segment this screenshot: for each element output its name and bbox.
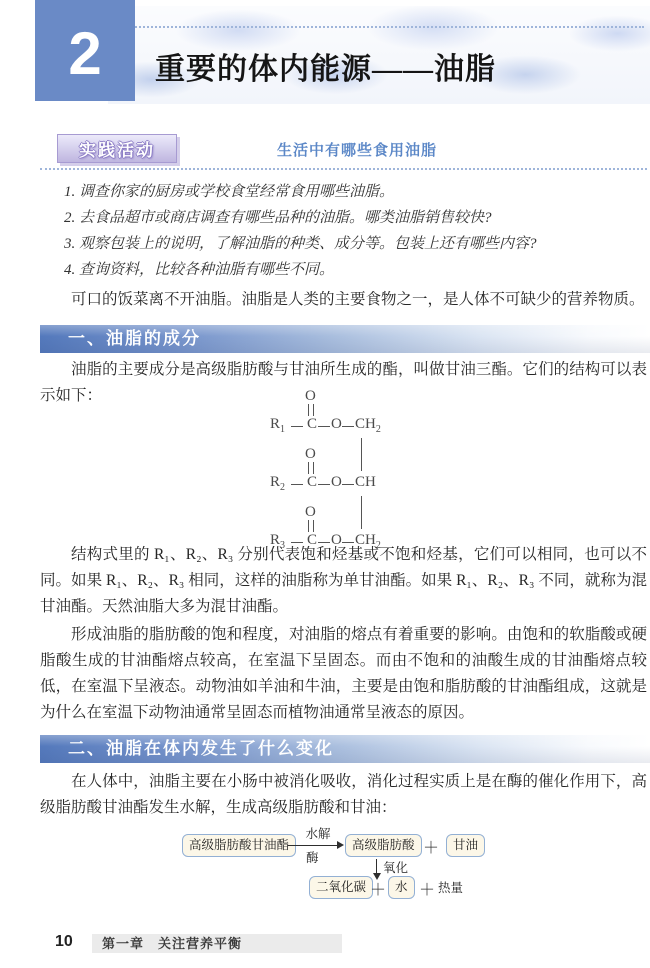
atom-oxygen-top: O bbox=[305, 504, 316, 521]
atom-oxygen: O bbox=[331, 416, 342, 433]
plus-sign: ＋ bbox=[423, 835, 439, 858]
section-2-heading-bar: 二、油脂在体内发生了什么变化 bbox=[40, 735, 650, 763]
single-bond bbox=[318, 484, 330, 485]
activity-item: 1. 调查你家的厨房或学校食堂经常食用哪些油脂。 bbox=[64, 179, 642, 205]
single-bond bbox=[318, 426, 330, 427]
carbon-dioxide-box: 二氧化碳 bbox=[309, 876, 373, 899]
activity-item: 2. 去食品超市或商店调查有哪些品种的油脂。哪类油脂销售较快? bbox=[64, 205, 642, 231]
header-dotted-line bbox=[112, 26, 644, 28]
atom-r-group: R2 bbox=[270, 474, 285, 493]
chapter-footer-label: 第一章 关注营养平衡 bbox=[92, 934, 342, 953]
page-title: 重要的体内能源——油脂 bbox=[155, 44, 496, 88]
single-bond bbox=[342, 426, 354, 427]
single-bond bbox=[291, 426, 303, 427]
page-number: 10 bbox=[55, 933, 73, 951]
activity-subtitle: 生活中有哪些食用油脂 bbox=[277, 139, 437, 160]
hydrolysis-arrowhead-icon bbox=[337, 841, 344, 849]
section-1-heading-bar: 一、油脂的成分 bbox=[40, 325, 650, 353]
vertical-bond bbox=[361, 438, 362, 471]
section-1-heading: 一、油脂的成分 bbox=[68, 329, 201, 348]
enzyme-label: 酶 bbox=[306, 848, 319, 866]
atom-ch-group: CH2 bbox=[355, 416, 381, 435]
section-1-paragraph-2: 结构式里的 R₁、R₂、R₃ 分别代表饱和烃基或不饱和烃基，它们可以相同，也可以… bbox=[40, 542, 647, 620]
fatty-acid-box: 高级脂肪酸 bbox=[345, 834, 422, 857]
activity-item: 4. 查询资料，比较各种油脂有哪些不同。 bbox=[64, 257, 642, 283]
atom-oxygen: O bbox=[331, 474, 342, 491]
section-2-heading: 二、油脂在体内发生了什么变化 bbox=[68, 739, 334, 758]
activity-item: 3. 观察包装上的说明，了解油脂的种类、成分等。包装上还有哪些内容? bbox=[64, 231, 642, 257]
ester-unit-1: O R1 C O CH2 bbox=[270, 390, 470, 440]
atom-oxygen-top: O bbox=[305, 388, 316, 405]
chapter-number: 2 bbox=[68, 19, 101, 88]
fat-digestion-diagram: 高级脂肪酸甘油酯 水解 酶 高级脂肪酸 ＋ 甘油 氧化 二氧化碳 ＋ 水 ＋ 热… bbox=[182, 826, 492, 908]
single-bond bbox=[342, 484, 354, 485]
heat-label: 热量 bbox=[438, 878, 463, 896]
atom-r-group: R1 bbox=[270, 416, 285, 435]
double-bond bbox=[308, 462, 314, 474]
double-bond bbox=[308, 404, 314, 416]
double-bond bbox=[308, 520, 314, 532]
vertical-bond bbox=[361, 496, 362, 529]
ester-unit-2: O R2 C O CH bbox=[270, 448, 470, 498]
section-1-paragraph-3: 形成油脂的脂肪酸的饱和程度，对油脂的熔点有着重要的影响。由饱和的软脂酸或硬脂酸生… bbox=[40, 622, 647, 726]
single-bond bbox=[291, 484, 303, 485]
section-2-paragraph-1: 在人体中，油脂主要在小肠中被消化吸收，消化过程实质上是在酶的催化作用下，高级脂肪… bbox=[40, 769, 647, 821]
activity-badge-label: 实践活动 bbox=[79, 136, 155, 161]
atom-ch-group: CH bbox=[355, 474, 376, 493]
plus-sign: ＋ bbox=[419, 877, 435, 900]
chapter-number-box: 2 bbox=[35, 0, 135, 101]
triglyceride-box: 高级脂肪酸甘油酯 bbox=[182, 834, 296, 857]
triglyceride-structure-formula: O R1 C O CH2 O R2 C O CH O R3 C bbox=[270, 390, 470, 562]
intro-paragraph: 可口的饭菜离不开油脂。油脂是人类的主要食物之一，是人体不可缺少的营养物质。 bbox=[40, 287, 647, 313]
plus-sign: ＋ bbox=[370, 877, 386, 900]
oxidation-arrow bbox=[376, 859, 377, 874]
water-box: 水 bbox=[388, 876, 415, 899]
activity-dotted-separator bbox=[40, 168, 647, 170]
hydrolysis-label: 水解 bbox=[294, 824, 342, 842]
activity-list: 1. 调查你家的厨房或学校食堂经常食用哪些油脂。 2. 去食品超市或商店调查有哪… bbox=[64, 179, 642, 283]
oxidation-label: 氧化 bbox=[383, 858, 408, 876]
activity-badge: 实践活动 bbox=[57, 134, 177, 163]
atom-carbon: C bbox=[307, 416, 317, 433]
atom-oxygen-top: O bbox=[305, 446, 316, 463]
textbook-page: 2 重要的体内能源——油脂 实践活动 生活中有哪些食用油脂 1. 调查你家的厨房… bbox=[0, 0, 650, 968]
atom-carbon: C bbox=[307, 474, 317, 491]
glycerol-box: 甘油 bbox=[446, 834, 485, 857]
hydrolysis-arrow bbox=[288, 845, 338, 846]
